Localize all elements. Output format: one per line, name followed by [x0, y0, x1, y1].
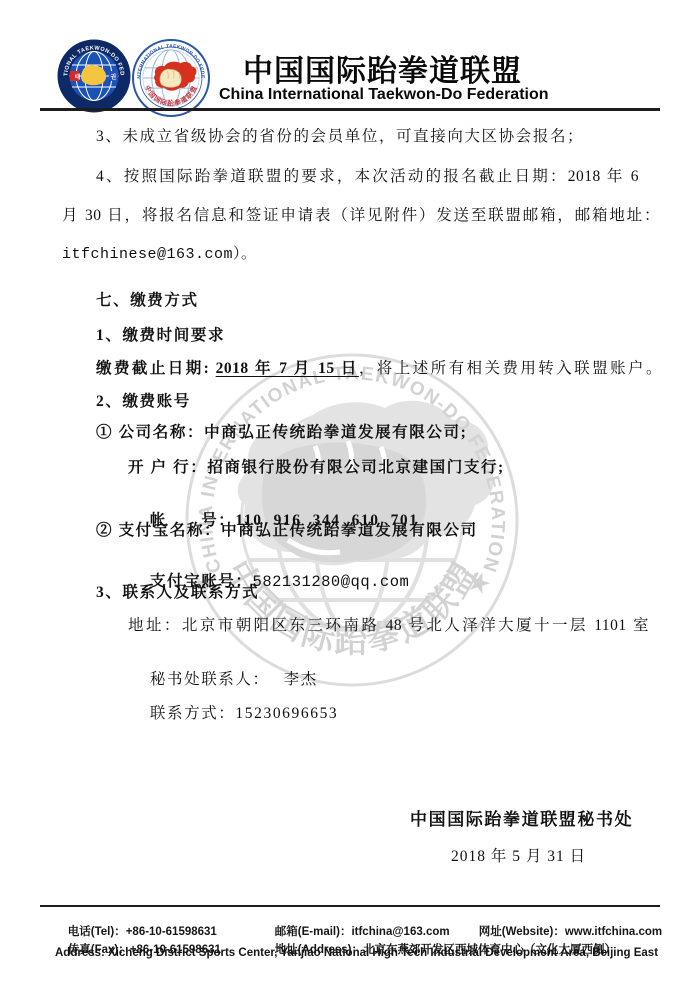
footer-rule	[40, 905, 660, 907]
signature-date: 2018 年 5 月 31 日	[451, 847, 586, 867]
itf-logo-kwon-char: 권	[111, 73, 117, 81]
org-subtitle: China International Taekwon-Do Federatio…	[219, 86, 549, 104]
paragraph-4-line1: 4、按照国际跆拳道联盟的要求，本次活动的报名截止日期：2018 年 6	[62, 167, 639, 187]
org-title: 中国国际跆拳道联盟	[243, 46, 522, 90]
contact-phone-value: 15230696653	[235, 705, 338, 722]
footer-address-en: Address: Xicheng District Sports Center,…	[55, 947, 658, 959]
paragraph-3: 3、未成立省级协会的省份的会员单位，可直接向大区协会报名；	[96, 127, 584, 147]
payment-deadline-line: 缴费截止日期: 2018 年 7 月 15 日，将上述所有相关费用转入联盟账户。	[96, 359, 662, 379]
section-7-heading: 七、缴费方式	[96, 291, 199, 311]
paragraph-4-line2: 月 30 日，将报名信息和签证申请表（详见附件）发送至联盟邮箱，邮箱地址：	[62, 206, 660, 226]
itf-logo-tae-char: 태	[75, 73, 81, 81]
item-2-heading: 2、缴费账号	[96, 392, 191, 412]
payment-deadline-date: 2018 年 7 月 15 日	[216, 360, 359, 377]
payment-deadline-label: 缴费截止日期:	[96, 360, 216, 377]
china-itf-logo: CHINA INTERNATIONAL TAEKWON-DO FEDERATIO…	[132, 39, 210, 117]
signature-org: 中国国际跆拳道联盟秘书处	[410, 809, 633, 831]
china-itf-logo-fist	[160, 69, 181, 87]
contact-phone-line: 联系方式：15230696653	[128, 684, 338, 744]
watermark-star-right: ★	[462, 564, 495, 601]
company-name-line: ① 公司名称：中商弘正传统跆拳道发展有限公司;	[96, 423, 467, 443]
itf-logo: 태 권 INTERNATIONAL TAEKWON-DO FEDERATION	[57, 39, 131, 113]
item-1-heading: 1、缴费时间要求	[96, 326, 225, 346]
contact-phone-label: 联系方式：	[150, 705, 236, 722]
alipay-name-line: ② 支付宝名称：中商弘正传统跆拳道发展有限公司	[96, 521, 478, 541]
alipay-account-value: 582131280@qq.com	[253, 573, 410, 591]
contact-address-line: 地址：北京市朝阳区东三环南路 48 号北人泽洋大厦十一层 1101 室	[128, 616, 649, 636]
document-page: CHINA INTERNATIONAL TAEKWON-DO FEDERATIO…	[0, 0, 700, 990]
bank-line: 开 户 行：招商银行股份有限公司北京建国门支行;	[128, 458, 505, 478]
payment-deadline-rest: ，将上述所有相关费用转入联盟账户。	[359, 360, 662, 377]
header-rule	[40, 108, 660, 111]
paragraph-4-email: itfchinese@163.com）。	[62, 245, 257, 265]
item-3-heading: 3、联系人及联系方式	[96, 583, 259, 603]
